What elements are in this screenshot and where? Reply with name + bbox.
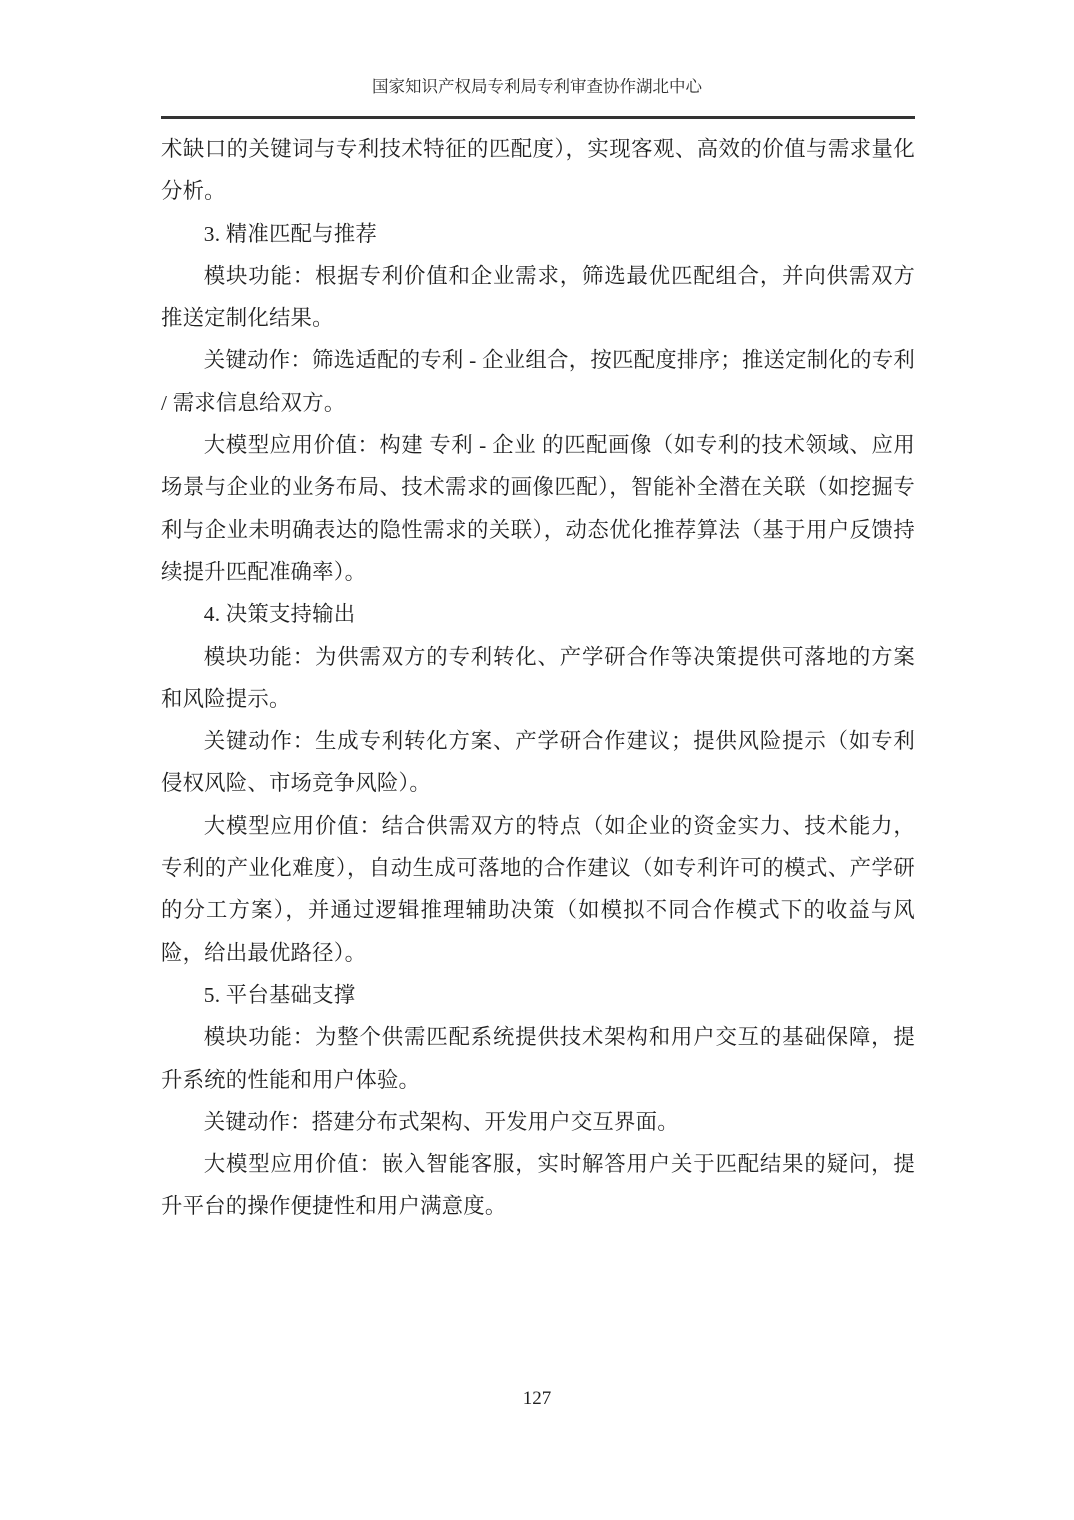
section-heading-3: 3. 精准匹配与推荐 [161, 213, 915, 255]
document-body: 术缺口的关键词与专利技术特征的匹配度），实现客观、高效的价值与需求量化分析。 3… [161, 128, 915, 1228]
page-header-title: 国家知识产权局专利局专利审查协作湖北中心 [0, 77, 1074, 97]
paragraph-4-module-function: 模块功能：为供需双方的专利转化、产学研合作等决策提供可落地的方案和风险提示。 [161, 636, 915, 721]
paragraph-3-key-actions: 关键动作：筛选适配的专利 - 企业组合，按匹配度排序；推送定制化的专利 / 需求… [161, 339, 915, 424]
paragraph-4-llm-value: 大模型应用价值：结合供需双方的特点（如企业的资金实力、技术能力，专利的产业化难度… [161, 805, 915, 974]
paragraph-3-llm-value: 大模型应用价值：构建 专利 - 企业 的匹配画像（如专利的技术领域、应用场景与企… [161, 424, 915, 593]
paragraph-continuation: 术缺口的关键词与专利技术特征的匹配度），实现客观、高效的价值与需求量化分析。 [161, 128, 915, 213]
paragraph-4-key-actions: 关键动作：生成专利转化方案、产学研合作建议；提供风险提示（如专利侵权风险、市场竞… [161, 720, 915, 805]
paragraph-5-llm-value: 大模型应用价值：嵌入智能客服，实时解答用户关于匹配结果的疑问，提升平台的操作便捷… [161, 1143, 915, 1228]
section-heading-4: 4. 决策支持输出 [161, 593, 915, 635]
paragraph-3-module-function: 模块功能：根据专利价值和企业需求，筛选最优匹配组合，并向供需双方推送定制化结果。 [161, 255, 915, 340]
header-rule [161, 116, 915, 119]
page-number: 127 [0, 1388, 1074, 1410]
document-page: 国家知识产权局专利局专利审查协作湖北中心 术缺口的关键词与专利技术特征的匹配度）… [0, 0, 1074, 1520]
paragraph-5-module-function: 模块功能：为整个供需匹配系统提供技术架构和用户交互的基础保障，提升系统的性能和用… [161, 1016, 915, 1101]
section-heading-5: 5. 平台基础支撑 [161, 974, 915, 1016]
paragraph-5-key-actions: 关键动作：搭建分布式架构、开发用户交互界面。 [161, 1101, 915, 1143]
